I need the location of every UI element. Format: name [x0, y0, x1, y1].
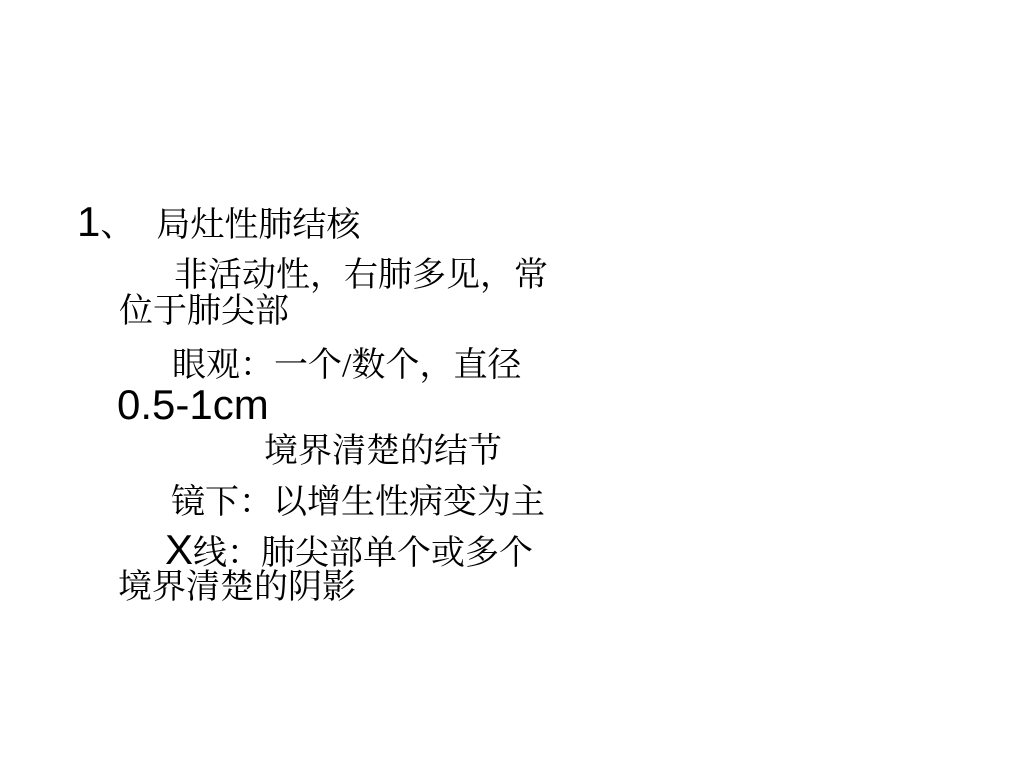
- body-line: 境界清楚的阴影: [84, 525, 356, 651]
- presentation-slide: 1、局灶性肺结核 非活动性，右肺多见，常 位于肺尖部 眼观：一个/数个，直径 0…: [0, 0, 1024, 768]
- body-text: 境界清楚的阴影: [118, 569, 356, 606]
- list-item-number: 1: [77, 198, 100, 245]
- list-item-number-separator: 、: [100, 207, 134, 244]
